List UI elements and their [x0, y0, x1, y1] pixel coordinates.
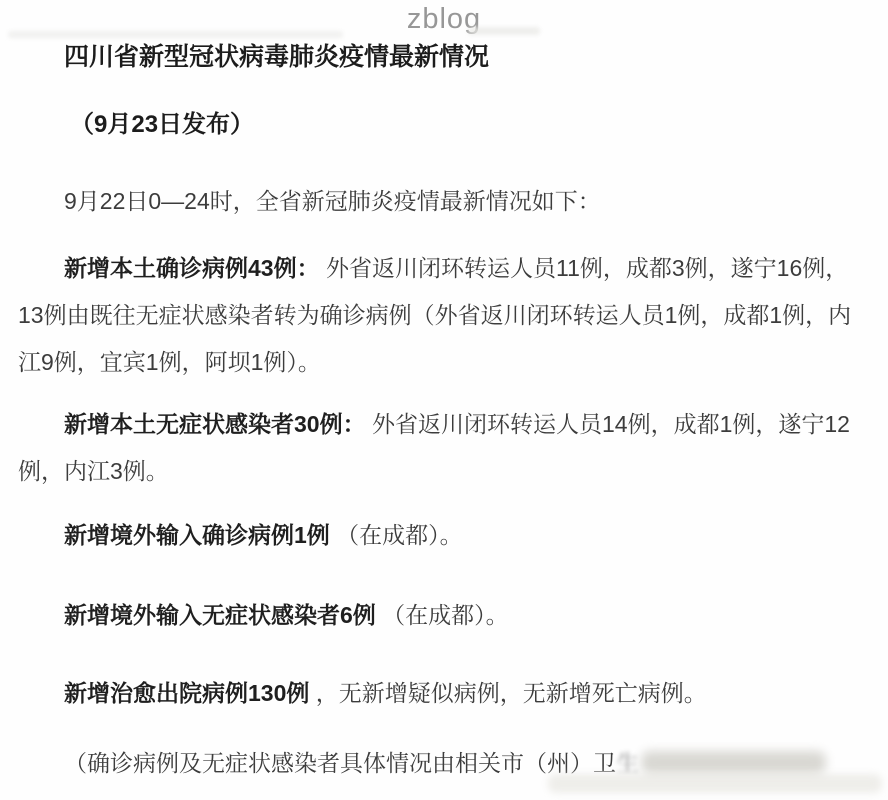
- case-category-label: 新增境外输入无症状感染者6例: [64, 602, 376, 628]
- case-paragraph-local-asymptomatic: 新增本土无症状感染者30例： 外省返川闭环转运人员14例，成都1例，遂宁12例，…: [18, 401, 870, 495]
- fading-character: 生: [616, 750, 639, 776]
- case-category-label: 新增境外输入确诊病例1例: [64, 522, 330, 548]
- case-paragraph-recovered: 新增治愈出院病例130例 ，无新增疑似病例，无新增死亡病例。: [18, 670, 870, 717]
- intro-paragraph: 9月22日0—24时，全省新冠肺炎疫情最新情况如下：: [18, 178, 870, 225]
- article-body: 四川省新型冠状病毒肺炎疫情最新情况 （9月23日发布） 9月22日0—24时，全…: [0, 40, 888, 787]
- redaction-smudge: [641, 751, 826, 774]
- case-detail-text: （在成都）。: [376, 602, 509, 628]
- case-paragraph-local-confirmed: 新增本土确诊病例43例： 外省返川闭环转运人员11例，成都3例，遂宁16例，13…: [18, 245, 870, 386]
- case-category-label: 新增本土无症状感染者30例：: [64, 411, 366, 437]
- publish-date: （9月23日发布）: [18, 108, 870, 142]
- case-category-label: 新增治愈出院病例130例: [64, 680, 309, 706]
- closing-text: （确诊病例及无症状感染者具体情况由相关市（州）卫: [64, 750, 616, 776]
- page-title: 四川省新型冠状病毒肺炎疫情最新情况: [18, 40, 870, 74]
- case-detail-text: ，无新增疑似病例，无新增死亡病例。: [309, 680, 706, 706]
- site-name-link[interactable]: zblog: [407, 1, 481, 37]
- case-detail-text: （在成都）。: [330, 522, 463, 548]
- case-paragraph-imported-confirmed: 新增境外输入确诊病例1例 （在成都）。: [18, 512, 870, 559]
- site-header: zblog: [0, 0, 888, 38]
- case-category-label: 新增本土确诊病例43例：: [64, 255, 320, 281]
- closing-paragraph: （确诊病例及无症状感染者具体情况由相关市（州）卫生: [18, 740, 870, 787]
- case-paragraph-imported-asymptomatic: 新增境外输入无症状感染者6例 （在成都）。: [18, 592, 870, 639]
